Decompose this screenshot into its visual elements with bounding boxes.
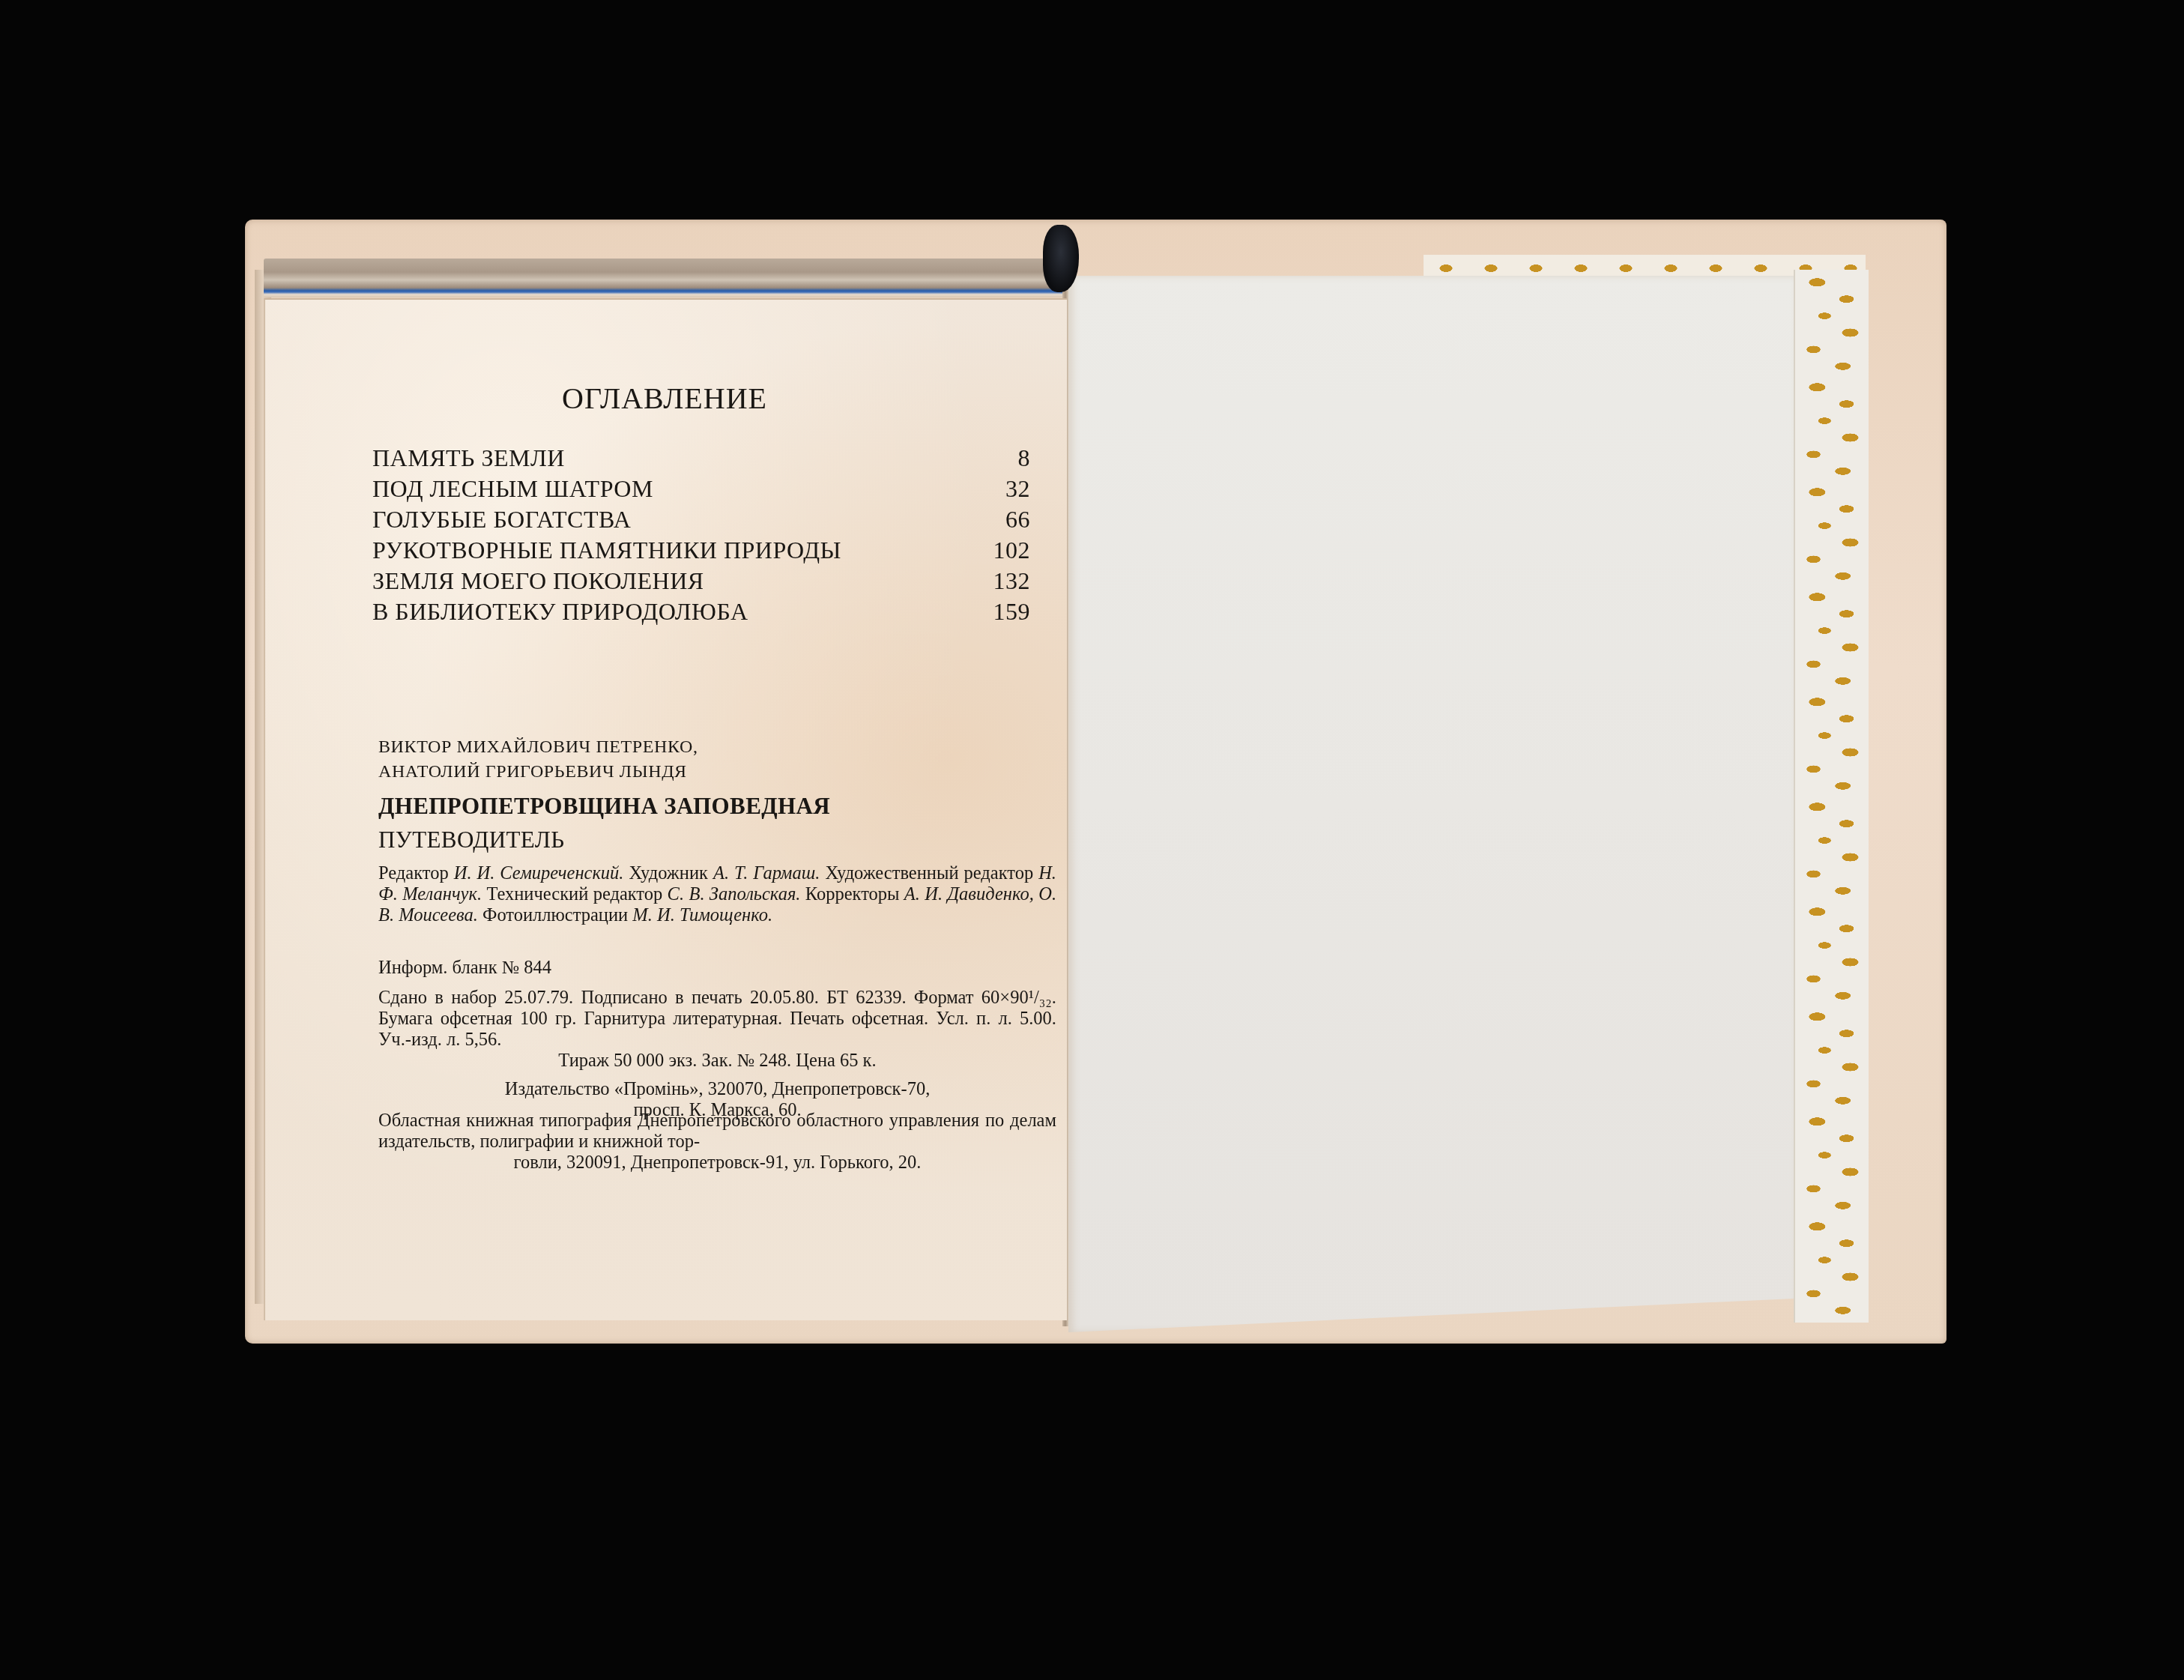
print-run: Тираж 50 000 экз. Зак. № 248. Цена 65 к. — [378, 1051, 1056, 1072]
toc-entry: РУКОТВОРНЫЕ ПАМЯТНИКИ ПРИРОДЫ 102 — [372, 537, 1030, 568]
toc-entry: В БИБЛИОТЕКУ ПРИРОДОЛЮБА 159 — [372, 598, 1030, 629]
credit-name: М. И. Тимощенко. — [632, 905, 772, 925]
bookmark-ribbon-icon — [1043, 225, 1079, 292]
toc-entry-page: 102 — [993, 537, 1031, 564]
toc-entry-page: 66 — [1005, 506, 1030, 534]
book-title: ДНЕПРОПЕТРОВЩИНА ЗАПОВЕДНАЯ — [378, 793, 830, 820]
credit-label: Технический редактор — [486, 884, 662, 904]
credit-name: И. И. Семиреченский. — [454, 863, 624, 883]
book-subtitle: ПУТЕВОДИТЕЛЬ — [378, 827, 564, 853]
credits-paragraph: Редактор И. И. Семиреченский. Художник А… — [378, 863, 1056, 926]
toc-entry-page: 159 — [993, 598, 1031, 626]
credit-label: Художник — [629, 863, 708, 883]
author-name: ВИКТОР МИХАЙЛОВИЧ ПЕТРЕНКО, — [378, 734, 698, 761]
credit-label: Художественный редактор — [825, 863, 1033, 883]
toc-entry: ГОЛУБЫЕ БОГАТСТВА 66 — [372, 506, 1030, 537]
toc-entry-title: РУКОТВОРНЫЕ ПАМЯТНИКИ ПРИРОДЫ — [372, 537, 841, 564]
publisher-line: Издательство «Промінь», 320070, Днепропе… — [378, 1079, 1056, 1100]
printer-address: говли, 320091, Днепропетровск-91, ул. Го… — [378, 1152, 1056, 1173]
toc-entry-title: В БИБЛИОТЕКУ ПРИРОДОЛЮБА — [372, 598, 748, 626]
printer-paragraph: Областная книжная типография Днепропетро… — [378, 1111, 1056, 1152]
toc-entry-page: 32 — [1005, 475, 1030, 503]
toc-entry-page: 132 — [993, 567, 1031, 595]
toc-entry-page: 8 — [1018, 444, 1031, 472]
credit-name: С. В. Запольская. — [668, 884, 801, 904]
toc-entry: ЗЕМЛЯ МОЕГО ПОКОЛЕНИЯ 132 — [372, 567, 1030, 599]
credit-label: Фотоиллюстрации — [483, 905, 628, 925]
credit-name: А. Т. Гармаш. — [713, 863, 820, 883]
toc-entry-title: ПОД ЛЕСНЫМ ШАТРОМ — [372, 475, 653, 503]
page-edges-top — [264, 259, 1065, 297]
toc-entry-title: ПАМЯТЬ ЗЕМЛИ — [372, 444, 565, 472]
toc-entry: ПОД ЛЕСНЫМ ШАТРОМ 32 — [372, 475, 1030, 507]
credit-label: Корректоры — [805, 884, 900, 904]
inform-blank: Информ. бланк № 844 — [378, 958, 1056, 979]
print-details: Сдано в набор 25.07.79. Подписано в печа… — [378, 988, 1056, 1051]
print-details-line: Сдано в набор 25.07.79. Подписано в печа… — [378, 988, 907, 1008]
toc-heading: ОГЛАВЛЕНИЕ — [264, 381, 1065, 416]
credit-label: Редактор — [378, 863, 449, 883]
author-name: АНАТОЛИЙ ГРИГОРЬЕВИЧ ЛЫНДЯ — [378, 759, 687, 785]
endpaper-ornament-strip — [1794, 270, 1869, 1323]
right-page-blank — [1068, 276, 1794, 1332]
toc-entry-title: ЗЕМЛЯ МОЕГО ПОКОЛЕНИЯ — [372, 567, 704, 595]
toc-entry: ПАМЯТЬ ЗЕМЛИ 8 — [372, 444, 1030, 476]
toc-entry-title: ГОЛУБЫЕ БОГАТСТВА — [372, 506, 631, 534]
